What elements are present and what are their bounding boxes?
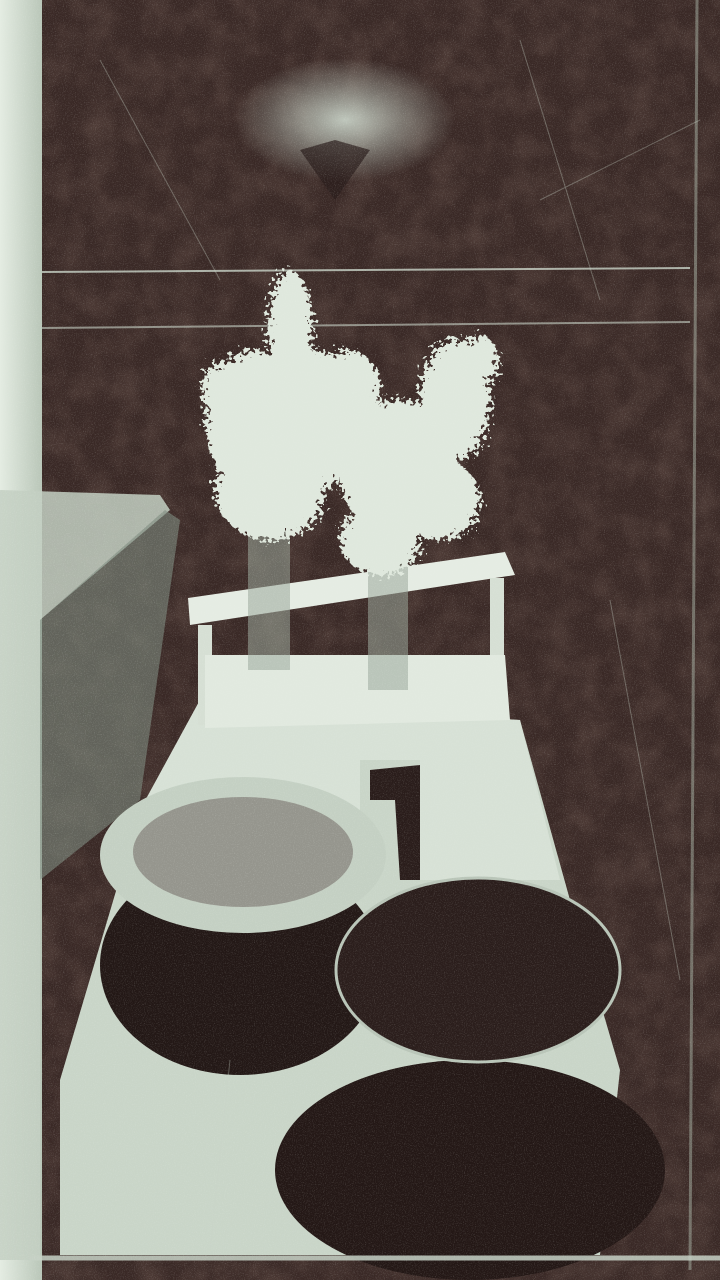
grain-overlay <box>0 0 720 1280</box>
photo-canvas <box>0 0 720 1280</box>
photo-scene <box>0 0 720 1280</box>
